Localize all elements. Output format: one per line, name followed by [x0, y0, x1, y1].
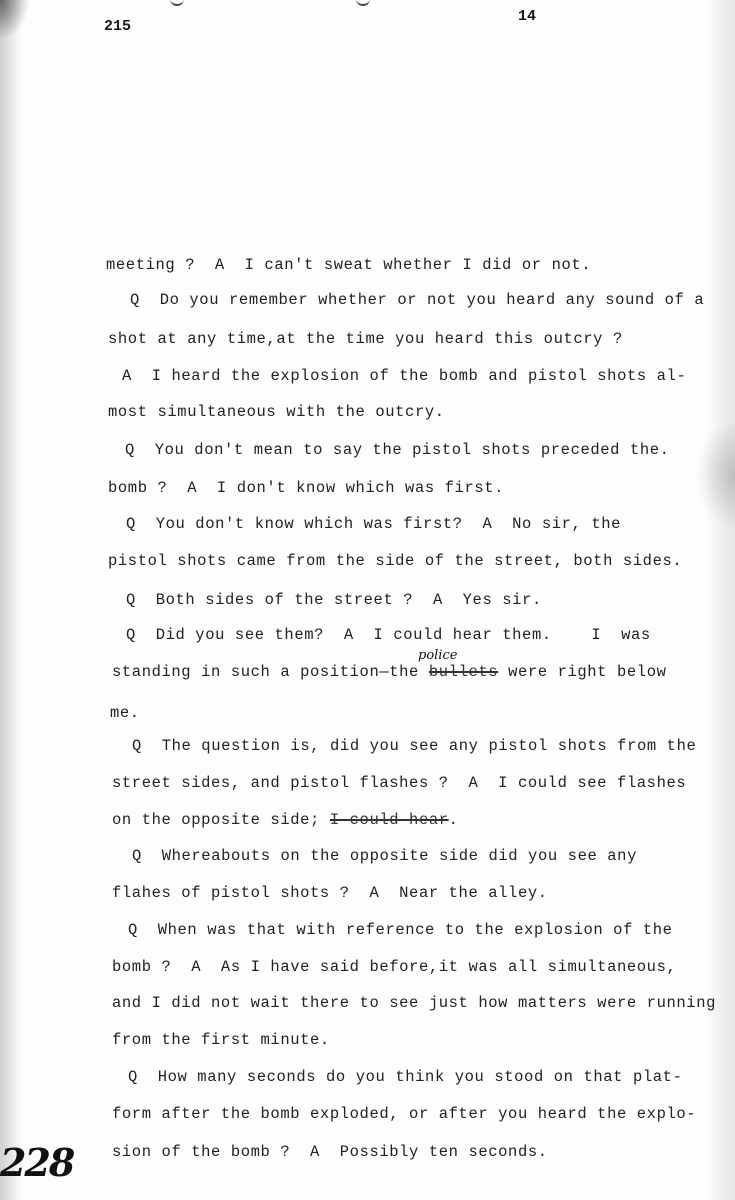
document-page: 215 14 meeting ? A I can't sweat whether…	[0, 0, 735, 1200]
line-text: standing in such a position—the	[112, 663, 429, 681]
scan-smudge	[695, 420, 735, 530]
transcript-line: Q How many seconds do you think you stoo…	[128, 1068, 682, 1086]
transcript-line: meeting ? A I can't sweat whether I did …	[106, 256, 591, 274]
transcript-line: Q Do you remember whether or not you hea…	[130, 291, 704, 309]
transcript-line: sion of the bomb ? A Possibly ten second…	[112, 1143, 548, 1161]
page-number-left: 215	[104, 18, 131, 35]
transcript-line: from the first minute.	[112, 1031, 330, 1049]
scan-edge-shadow-right	[705, 0, 735, 1200]
binding-hole-mark	[170, 0, 184, 6]
transcript-line: Q The question is, did you see any pisto…	[132, 737, 696, 755]
transcript-line: A I heard the explosion of the bomb and …	[122, 367, 686, 385]
struck-phrase: I could hear	[330, 811, 449, 829]
line-text: .	[449, 811, 459, 829]
transcript-line: most simultaneous with the outcry.	[108, 403, 445, 421]
transcript-line: Q You don't mean to say the pistol shots…	[125, 441, 670, 459]
transcript-line: me.	[110, 704, 140, 722]
scan-edge-shadow-left	[0, 0, 22, 1200]
binding-hole-mark	[356, 0, 370, 6]
transcript-line-with-correction: standing in such a position—the bullets …	[112, 663, 667, 681]
transcript-line: Q Did you see them? A I could hear them.…	[126, 626, 651, 644]
line-text: on the opposite side;	[112, 811, 330, 829]
transcript-line: street sides, and pistol flashes ? A I c…	[112, 774, 686, 792]
scan-corner-dark	[0, 0, 30, 40]
line-text: were right below	[498, 663, 666, 681]
transcript-line-with-correction: on the opposite side; I could hear.	[112, 811, 459, 829]
transcript-line: and I did not wait there to see just how…	[112, 994, 716, 1012]
transcript-line: bomb ? A I don't know which was first.	[108, 479, 504, 497]
transcript-line: Q Both sides of the street ? A Yes sir.	[126, 591, 542, 609]
struck-word: bullets	[429, 663, 498, 681]
transcript-line: form after the bomb exploded, or after y…	[112, 1105, 696, 1123]
transcript-line: shot at any time,at the time you heard t…	[108, 330, 623, 348]
page-number-right: 14	[518, 8, 536, 25]
handwritten-insertion: police	[418, 648, 457, 663]
transcript-line: pistol shots came from the side of the s…	[108, 552, 682, 570]
transcript-line: Q Whereabouts on the opposite side did y…	[132, 847, 637, 865]
handwritten-margin-number: 228	[0, 1140, 73, 1185]
transcript-line: Q When was that with reference to the ex…	[128, 921, 673, 939]
transcript-line: bomb ? A As I have said before,it was al…	[112, 958, 676, 976]
transcript-line: flahes of pistol shots ? A Near the alle…	[112, 884, 548, 902]
transcript-line: Q You don't know which was first? A No s…	[126, 515, 621, 533]
